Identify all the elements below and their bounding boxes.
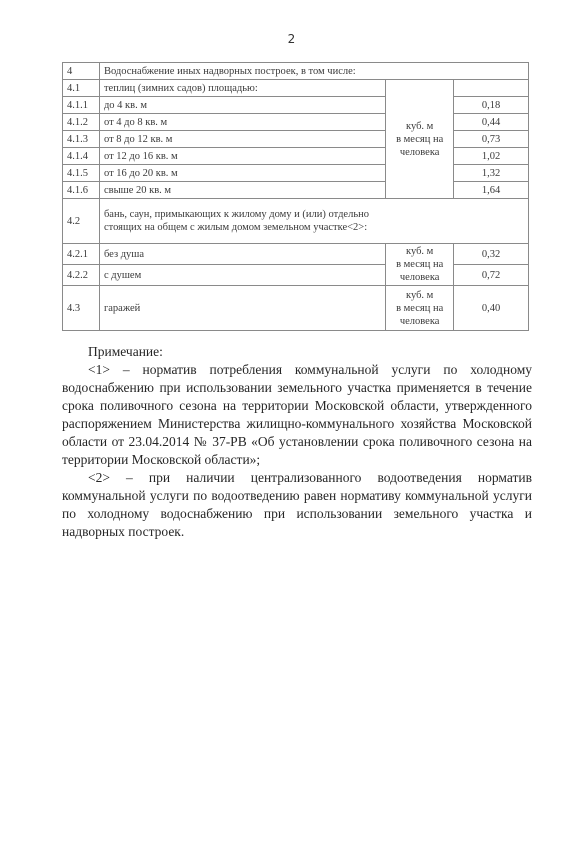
page-number: 2 bbox=[0, 32, 583, 46]
row-name: теплиц (зимних садов) площадью: bbox=[99, 80, 385, 97]
unit-cell: куб. м в месяц на человека bbox=[386, 80, 454, 199]
row-name: бань, саун, примыкающих к жилому дому и … bbox=[99, 199, 528, 244]
row-name: до 4 кв. м bbox=[99, 97, 385, 114]
row-value: 0,44 bbox=[454, 114, 529, 131]
row-number: 4.3 bbox=[63, 286, 100, 331]
row-name: с душем bbox=[99, 265, 385, 286]
table-row: 4.2.2 с душем 0,72 bbox=[63, 265, 529, 286]
table-row: 4.1.3 от 8 до 12 кв. м 0,73 bbox=[63, 131, 529, 148]
row-name: свыше 20 кв. м bbox=[99, 182, 385, 199]
row-number: 4 bbox=[63, 63, 100, 80]
table-row: 4.1.1 до 4 кв. м 0,18 bbox=[63, 97, 529, 114]
notes-title: Примечание: bbox=[62, 343, 532, 361]
row-number: 4.2.1 bbox=[63, 244, 100, 265]
table-row: 4.3 гаражей куб. м в месяц на человека 0… bbox=[63, 286, 529, 331]
table-row: 4.1.2 от 4 до 8 кв. м 0,44 bbox=[63, 114, 529, 131]
row-name: от 12 до 16 кв. м bbox=[99, 148, 385, 165]
row-value: 1,32 bbox=[454, 165, 529, 182]
table-row: 4.2 бань, саун, примыкающих к жилому дом… bbox=[63, 199, 529, 244]
note-1: <1> – норматив потребления коммунальной … bbox=[62, 361, 532, 469]
row-number: 4.1 bbox=[63, 80, 100, 97]
row-number: 4.1.3 bbox=[63, 131, 100, 148]
row-number: 4.1.2 bbox=[63, 114, 100, 131]
row-name: гаражей bbox=[99, 286, 385, 331]
row-value: 0,73 bbox=[454, 131, 529, 148]
row-value bbox=[454, 80, 529, 97]
row-value: 1,64 bbox=[454, 182, 529, 199]
table-row: 4.2.1 без душа куб. м в месяц на человек… bbox=[63, 244, 529, 265]
row-number: 4.1.5 bbox=[63, 165, 100, 182]
table-row: 4.1.5 от 16 до 20 кв. м 1,32 bbox=[63, 165, 529, 182]
row-name: от 16 до 20 кв. м bbox=[99, 165, 385, 182]
row-number: 4.1.6 bbox=[63, 182, 100, 199]
row-value: 1,02 bbox=[454, 148, 529, 165]
row-name: без душа bbox=[99, 244, 385, 265]
table-row: 4.1 теплиц (зимних садов) площадью: куб.… bbox=[63, 80, 529, 97]
note-2: <2> – при наличии централизованного водо… bbox=[62, 469, 532, 541]
row-number: 4.2 bbox=[63, 199, 100, 244]
row-number: 4.2.2 bbox=[63, 265, 100, 286]
row-value: 0,18 bbox=[454, 97, 529, 114]
unit-cell: куб. м в месяц на человека bbox=[386, 244, 454, 286]
unit-cell: куб. м в месяц на человека bbox=[386, 286, 454, 331]
row-name: от 8 до 12 кв. м bbox=[99, 131, 385, 148]
row-number: 4.1.4 bbox=[63, 148, 100, 165]
consumption-norms-table: 4 Водоснабжение иных надворных построек,… bbox=[62, 62, 529, 331]
table-row: 4.1.4 от 12 до 16 кв. м 1,02 bbox=[63, 148, 529, 165]
row-name: от 4 до 8 кв. м bbox=[99, 114, 385, 131]
row-value: 0,40 bbox=[454, 286, 529, 331]
row-value: 0,32 bbox=[454, 244, 529, 265]
table-row: 4 Водоснабжение иных надворных построек,… bbox=[63, 63, 529, 80]
notes-section: Примечание: <1> – норматив потребления к… bbox=[62, 343, 532, 541]
row-value: 0,72 bbox=[454, 265, 529, 286]
row-name: Водоснабжение иных надворных построек, в… bbox=[99, 63, 528, 80]
table-row: 4.1.6 свыше 20 кв. м 1,64 bbox=[63, 182, 529, 199]
row-number: 4.1.1 bbox=[63, 97, 100, 114]
